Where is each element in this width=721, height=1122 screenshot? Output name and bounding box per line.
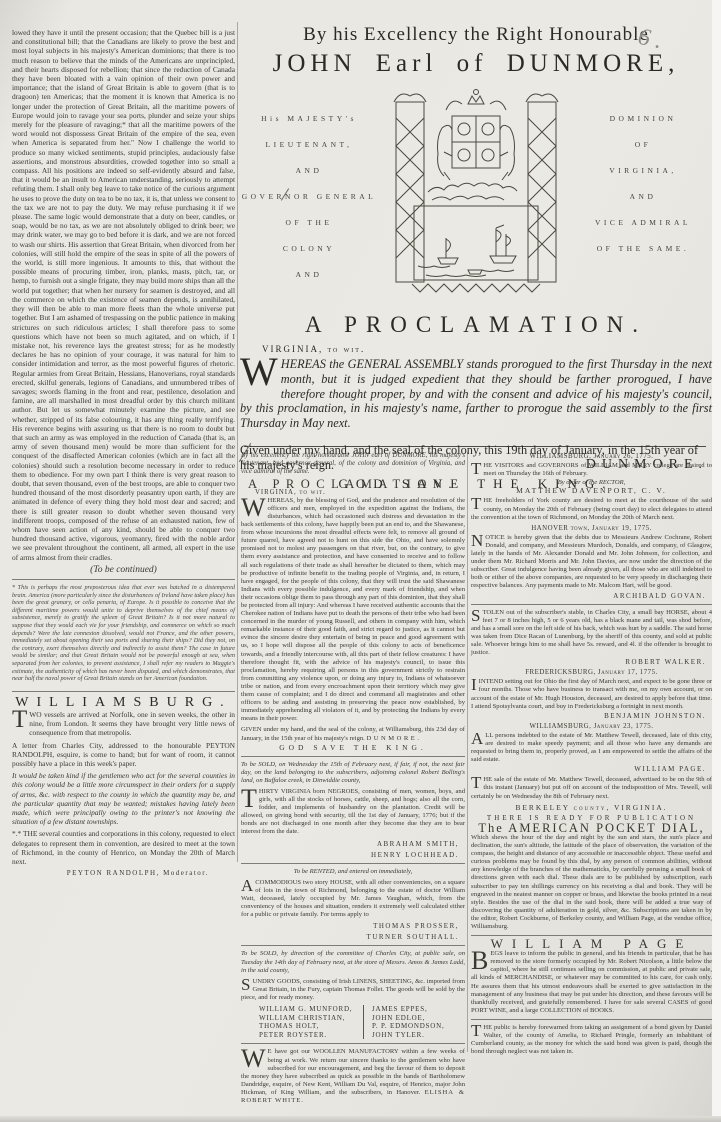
name: PETER ROYSTER. bbox=[259, 1031, 355, 1040]
divider bbox=[12, 691, 235, 692]
name: JOHN TYLER. bbox=[372, 1031, 445, 1040]
notice-stolen-horse: STOLEN out of the subscriber's stable, i… bbox=[471, 609, 712, 658]
ad-text: HIRTY VIRGINIA born NEGROES, consisting … bbox=[241, 788, 465, 835]
rector-signature: MATTHEW DAVENPORT, C. V. bbox=[471, 487, 712, 495]
name: JOHN EDLOE, bbox=[372, 1014, 445, 1023]
notice-text: INTEND setting out for Ohio the first da… bbox=[471, 678, 712, 709]
divider bbox=[241, 863, 465, 864]
title-line: VIRGINIA, bbox=[574, 158, 712, 184]
advertiser-signature: WILLIAM PAGE. bbox=[471, 765, 706, 773]
ad-text: UNDRY GOODS, consisting of Irish LINENS,… bbox=[241, 978, 465, 1001]
proclamation-body: WHEREAS the GENERAL ASSEMBLY stands pror… bbox=[240, 357, 712, 431]
ad-house-rent: A COMMODIOUS two story HOUSE, with all o… bbox=[241, 879, 465, 919]
title-line: VICE ADMIRAL bbox=[574, 210, 712, 236]
dunmore-signature: DUNMORE. bbox=[366, 735, 421, 742]
colony-line: VIRGINIA, to wit. bbox=[262, 344, 712, 354]
news-item: A letter from Charles City, addressed to… bbox=[12, 741, 235, 769]
drop-cap: T bbox=[12, 710, 29, 730]
drop-cap: B bbox=[471, 950, 490, 971]
divider bbox=[471, 935, 712, 936]
title-line: COLONY bbox=[240, 236, 378, 262]
ad-woollen-manufactory: WE have got our WOOLLEN MANUFACTORY with… bbox=[241, 1048, 465, 1105]
notice-text: HE VISITORS and GOVERNORS of WILLIAM and… bbox=[483, 462, 712, 477]
divider bbox=[241, 945, 465, 946]
william-page-ad: BEGS leave to inform the public in gener… bbox=[471, 950, 712, 1015]
governor-titles-left: His MAJESTY's LIEUTENANT, AND GOVERNOR G… bbox=[240, 88, 378, 288]
dateline: WILLIAMSBURG, January 23, 1775. bbox=[471, 723, 712, 731]
name: THOMAS HOLT, bbox=[259, 1022, 355, 1031]
right-column: WILLIAMSBURG, January 26, 1775. THE VISI… bbox=[471, 450, 712, 1059]
notice-text: HE sale of the estate of Mr. Matthew Tew… bbox=[471, 776, 712, 799]
to-be-continued: (To be continued) bbox=[12, 566, 235, 575]
notice-text: OTICE is hereby given that the debts due… bbox=[471, 534, 712, 590]
coat-of-arms-icon bbox=[386, 88, 566, 306]
scan-edge-bottom bbox=[0, 1116, 721, 1122]
title-line: OF THE SAME. bbox=[574, 236, 712, 262]
title-line: AND bbox=[574, 184, 712, 210]
proclamation2-body: WHEREAS, by the blessing of God, and the… bbox=[241, 497, 465, 724]
column-divider bbox=[237, 22, 238, 862]
title-line: His MAJESTY's bbox=[240, 106, 378, 132]
ad-text: EGS leave to inform the public in genera… bbox=[471, 950, 712, 1014]
drop-cap: T bbox=[241, 788, 259, 809]
divider bbox=[471, 604, 712, 605]
notice-text: HE freeholders of York county are desire… bbox=[471, 497, 712, 520]
governor-titles-right: DOMINION OF VIRGINIA, AND VICE ADMIRAL O… bbox=[574, 88, 712, 262]
news-item: *.* THE several counties and corporation… bbox=[12, 829, 235, 866]
dateline: HANOVER town, January 19, 1775. bbox=[471, 525, 712, 533]
drop-cap: W bbox=[240, 357, 281, 387]
drop-cap: T bbox=[471, 776, 483, 790]
title-line: AND bbox=[240, 158, 378, 184]
pocket-dial-ad: Which shews the hour of the day and nigh… bbox=[471, 834, 712, 931]
notice-text: TOLEN out of the subscriber's stable, in… bbox=[471, 609, 712, 656]
notice-college: THE VISITORS and GOVERNORS of WILLIAM an… bbox=[471, 462, 712, 478]
title-line: OF bbox=[574, 132, 712, 158]
middle-column: By his excellency the right honourable J… bbox=[241, 452, 465, 1108]
divider bbox=[241, 756, 465, 757]
title-line: DOMINION bbox=[574, 106, 712, 132]
notice-estate-payment: ALL persons indebted to the estate of Mr… bbox=[471, 732, 712, 764]
scan-edge bbox=[712, 0, 721, 1122]
advertiser-signature: ABRAHAM SMITH, bbox=[241, 840, 459, 848]
essay-paragraph: lowed they have it until the present occ… bbox=[12, 28, 235, 562]
proclamation2-title: A PROCLAMATION. bbox=[241, 480, 465, 488]
proclamation-title: A PROCLAMATION. bbox=[240, 312, 712, 338]
drop-cap: A bbox=[471, 732, 485, 746]
drop-cap: T bbox=[471, 497, 483, 511]
notice-debts: NOTICE is hereby given that the debts du… bbox=[471, 534, 712, 591]
advertiser-signature: THOMAS PROSSER, bbox=[241, 922, 459, 930]
news-item: It would be taken kind if the gentlemen … bbox=[12, 771, 235, 826]
god-save-line: GOD SAVE THE KING. bbox=[241, 744, 465, 752]
drop-cap: W bbox=[241, 497, 268, 518]
notice-bond-warning: THE public is hereby forewarned from tak… bbox=[471, 1024, 712, 1056]
william-page-heading: WILLIAM PAGE bbox=[471, 940, 712, 948]
news-text: WO vessels are arrived at Norfolk, one i… bbox=[29, 710, 235, 737]
drop-cap: T bbox=[471, 1024, 483, 1038]
masthead-title: JOHN Earl of DUNMORE, bbox=[240, 50, 712, 78]
drop-cap: N bbox=[471, 534, 485, 548]
title-line: LIEUTENANT, bbox=[240, 132, 378, 158]
dateline: FREDERICKSBURG, January 17, 1775. bbox=[471, 669, 712, 677]
footnote: * This is perhaps the most preposterous … bbox=[12, 584, 235, 683]
news-item: TWO vessels are arrived at Norfolk, one … bbox=[12, 710, 235, 738]
notice-ohio-trip: I INTEND setting out for Ohio the first … bbox=[471, 678, 712, 710]
ad-sale-slaves: THIRTY VIRGINIA born NEGROES, consisting… bbox=[241, 788, 465, 837]
divider bbox=[12, 579, 235, 580]
divider bbox=[241, 1043, 465, 1044]
drop-cap: S bbox=[471, 609, 482, 623]
newspaper-page: 6 . By his Excellency the Right Honourab… bbox=[0, 0, 721, 1122]
advertiser-signature: ARCHIBALD GOVAN. bbox=[471, 592, 706, 600]
drop-cap: A bbox=[241, 879, 255, 893]
advertiser-signature: ROBERT WALKER. bbox=[471, 658, 706, 666]
notice-estate-sale: THE sale of the estate of Mr. Matthew Te… bbox=[471, 776, 712, 800]
given-text: GIVEN under my hand, and the seal of the… bbox=[241, 726, 465, 741]
drop-cap: W bbox=[241, 1048, 268, 1069]
name: WILLIAM G. MUNFORD, bbox=[259, 1005, 355, 1014]
masthead-titles-row: His MAJESTY's LIEUTENANT, AND GOVERNOR G… bbox=[240, 88, 712, 306]
title-line: GOVERNOR GENERAL bbox=[240, 184, 378, 210]
names-right: JAMES EPPES, JOHN EDLOE, P. P. EDMONDSON… bbox=[372, 1005, 445, 1039]
advertiser-signature: HENRY LOCHHEAD. bbox=[241, 851, 459, 859]
notice-text: LL persons indebted to the estate of Mr.… bbox=[471, 732, 712, 763]
proclamation2-text: HEREAS, by the blessing of God, and the … bbox=[241, 497, 465, 723]
proclamation2-header: By his excellency the right honourable J… bbox=[241, 452, 465, 477]
advertiser-signature: BENJAMIN JOHNSTON. bbox=[471, 712, 706, 720]
moderator-signature: PEYTON RANDOLPH, Moderator. bbox=[12, 869, 209, 878]
ad-sundry-goods: SUNDRY GOODS, consisting of Irish LINENS… bbox=[241, 978, 465, 1002]
pocket-dial-title: The AMERICAN POCKET DIAL, bbox=[471, 824, 712, 832]
committee-names: WILLIAM G. MUNFORD, WILLIAM CHRISTIAN, T… bbox=[259, 1005, 465, 1039]
drop-cap: S bbox=[241, 978, 252, 992]
name: P. P. EDMONDSON, bbox=[372, 1022, 445, 1031]
berkeley-line: BERKELEY county, VIRGINIA. bbox=[471, 804, 712, 812]
name: WILLIAM CHRISTIAN, bbox=[259, 1014, 355, 1023]
ad-intro: To be RENTED, and entered on immediately… bbox=[241, 868, 465, 876]
name: JAMES EPPES, bbox=[372, 1005, 445, 1014]
names-left: WILLIAM G. MUNFORD, WILLIAM CHRISTIAN, T… bbox=[259, 1005, 355, 1039]
ad-text: COMMODIOUS two story HOUSE, with all oth… bbox=[241, 879, 465, 918]
left-column: lowed they have it until the present occ… bbox=[12, 28, 235, 878]
drop-cap: T bbox=[471, 462, 483, 476]
williamsburg-heading: WILLIAMSBURG. bbox=[12, 698, 235, 707]
divider bbox=[471, 1019, 712, 1020]
notice-text: HE public is hereby forewarned from taki… bbox=[471, 1024, 712, 1055]
drop-cap: I bbox=[471, 678, 479, 692]
title-line: OF THE bbox=[240, 210, 378, 236]
masthead: 6 . By his Excellency the Right Honourab… bbox=[240, 24, 712, 492]
given-line: GIVEN under my hand, and the seal of the… bbox=[241, 726, 465, 742]
proclamation-text: HEREAS the GENERAL ASSEMBLY stands proro… bbox=[240, 357, 712, 430]
dateline: WILLIAMSBURG, January 26, 1775. bbox=[471, 453, 712, 461]
ad-intro: To be SOLD, on Wednesday the 15th of Feb… bbox=[241, 761, 465, 785]
column-divider bbox=[467, 452, 468, 1052]
advertiser-signature: TURNER SOUTHALL. bbox=[241, 933, 459, 941]
notice-freeholders: THE freeholders of York county are desir… bbox=[471, 497, 712, 521]
title-line: AND bbox=[240, 262, 378, 288]
names-divider bbox=[363, 1005, 364, 1039]
ad-intro: To be SOLD, by direction of the committe… bbox=[241, 950, 465, 974]
